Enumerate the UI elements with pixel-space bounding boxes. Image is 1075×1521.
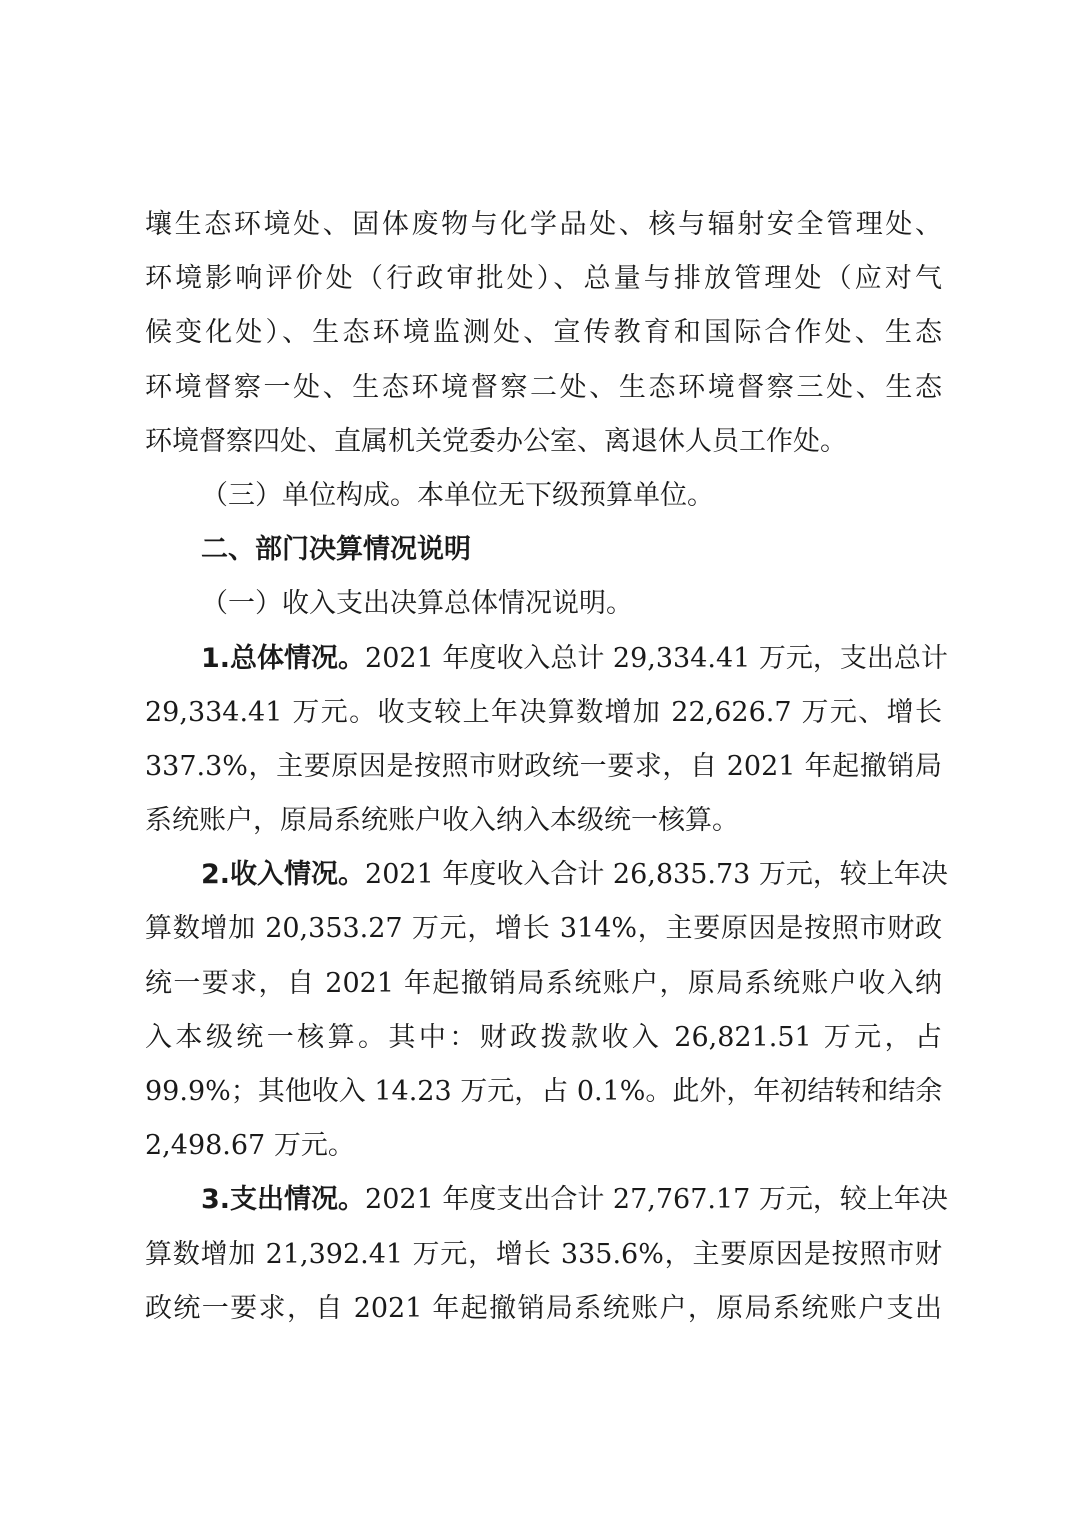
text-line: 算数增加 21,392.41 万元，增长 335.6%，主要原因是按照市财 [145,1228,942,1282]
text-line: 1.总体情况。2021 年度收入总计 29,334.41 万元，支出总计 [145,632,942,686]
text-line: 环境影响评价处（行政审批处）、总量与排放管理处（应对气 [145,252,942,306]
text-line: 环境督察四处、直属机关党委办公室、离退休人员工作处。 [145,415,942,469]
department-list-paragraph: 壤生态环境处、固体废物与化学品处、核与辐射安全管理处、 环境影响评价处（行政审批… [145,198,942,469]
paragraph-lead: 2.收入情况。 [201,859,365,890]
text-line: 99.9%；其他收入 14.23 万元，占 0.1%。此外，年初结转和结余 [145,1065,942,1119]
paragraph-lead: 3.支出情况。 [201,1184,365,1215]
section-heading: 二、部门决算情况说明 [145,523,942,577]
overall-paragraph: 1.总体情况。2021 年度收入总计 29,334.41 万元，支出总计 29,… [145,632,942,849]
text-line: 入本级统一核算。其中：财政拨款收入 26,821.51 万元，占 [145,1011,942,1065]
subsection-heading: （一）收入支出决算总体情况说明。 [145,577,942,631]
unit-composition-paragraph: （三）单位构成。本单位无下级预算单位。 [145,469,942,523]
document-page: 壤生态环境处、固体废物与化学品处、核与辐射安全管理处、 环境影响评价处（行政审批… [145,198,942,1336]
text-line: 337.3%，主要原因是按照市财政统一要求，自 2021 年起撤销局 [145,740,942,794]
paragraph-lead: 1.总体情况。 [201,643,365,674]
text-line: 3.支出情况。2021 年度支出合计 27,767.17 万元，较上年决 [145,1173,942,1227]
text-line: 候变化处）、生态环境监测处、宣传教育和国际合作处、生态 [145,306,942,360]
text-line: 统一要求，自 2021 年起撤销局系统账户，原局系统账户收入纳 [145,957,942,1011]
text-line: 壤生态环境处、固体废物与化学品处、核与辐射安全管理处、 [145,198,942,252]
text-line: 政统一要求，自 2021 年起撤销局系统账户，原局系统账户支出 [145,1282,942,1336]
text-line: 29,334.41 万元。收支较上年决算数增加 22,626.7 万元、增长 [145,686,942,740]
text-line: 环境督察一处、生态环境督察二处、生态环境督察三处、生态 [145,361,942,415]
text-line: 2.收入情况。2021 年度收入合计 26,835.73 万元，较上年决 [145,848,942,902]
income-paragraph: 2.收入情况。2021 年度收入合计 26,835.73 万元，较上年决 算数增… [145,848,942,1173]
text-line: 2,498.67 万元。 [145,1119,942,1173]
expenditure-paragraph: 3.支出情况。2021 年度支出合计 27,767.17 万元，较上年决 算数增… [145,1173,942,1336]
text-line: 算数增加 20,353.27 万元，增长 314%，主要原因是按照市财政 [145,902,942,956]
text-line: 系统账户，原局系统账户收入纳入本级统一核算。 [145,794,942,848]
